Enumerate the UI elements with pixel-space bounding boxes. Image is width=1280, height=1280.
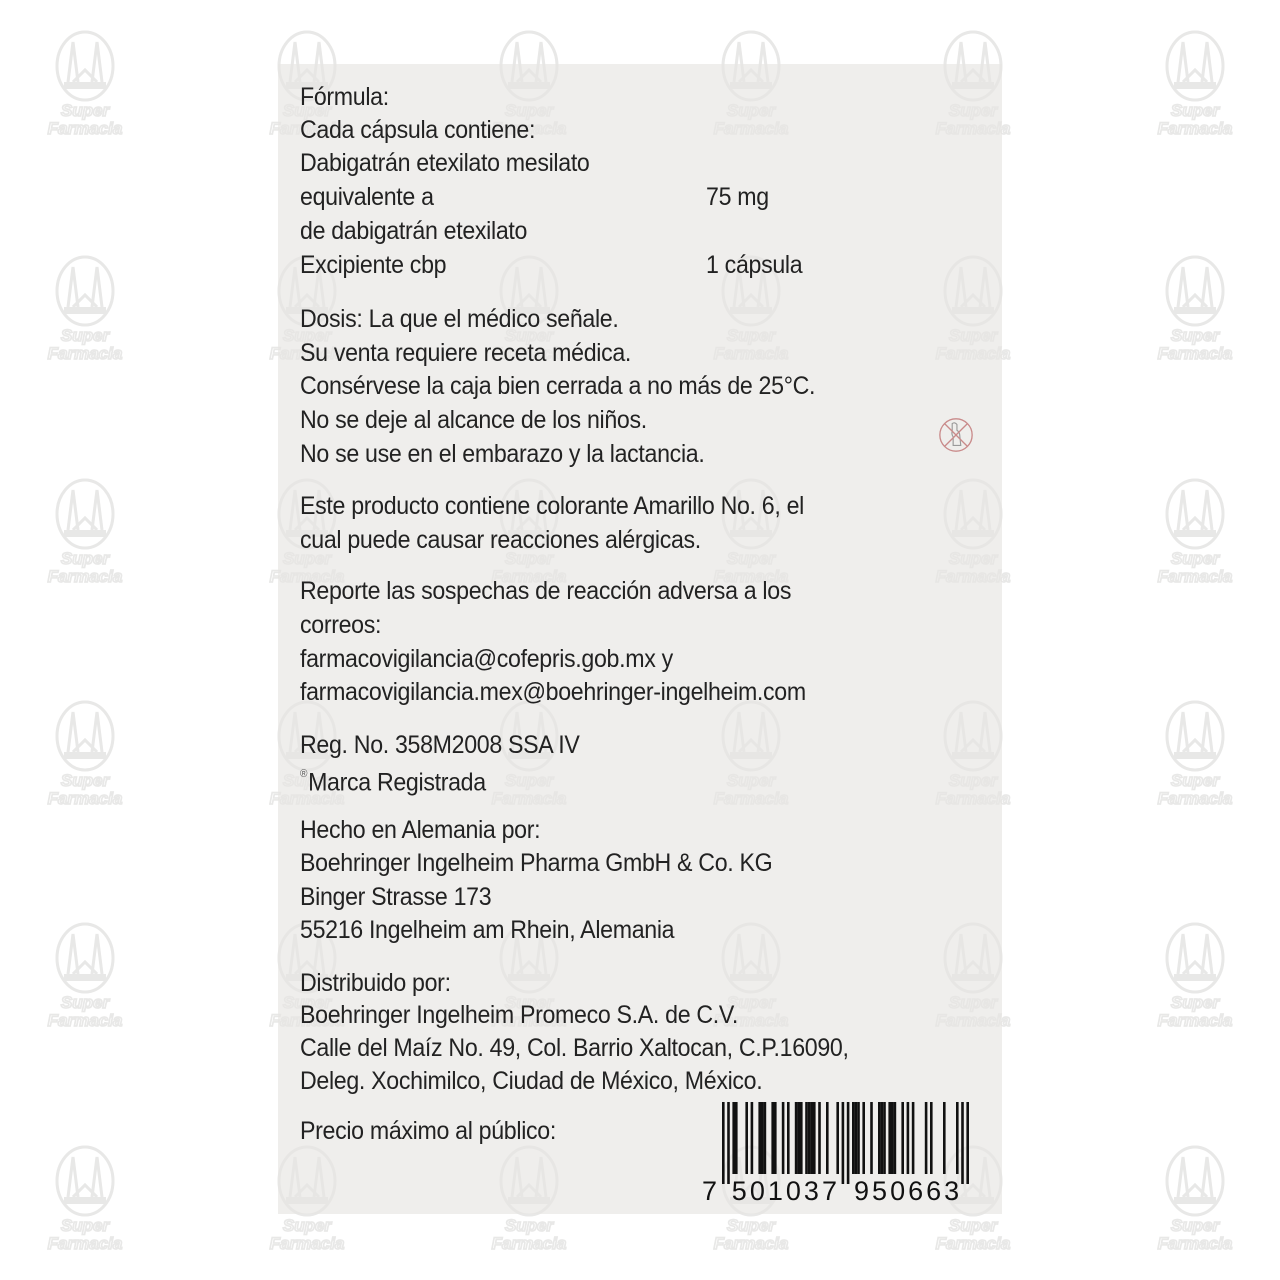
svg-text:Farmacia: Farmacia xyxy=(936,1011,1011,1030)
svg-text:Super: Super xyxy=(61,326,111,345)
adverse-reaction-line: correos: xyxy=(300,608,381,642)
instruction-line: Su venta requiere receta médica. xyxy=(300,336,631,370)
svg-text:Farmacia: Farmacia xyxy=(48,1011,123,1030)
manufacturer-heading: Hecho en Alemania por: xyxy=(300,813,540,847)
svg-text:Farmacia: Farmacia xyxy=(492,1234,567,1253)
svg-text:950663: 950663 xyxy=(854,1176,959,1204)
svg-text:Farmacia: Farmacia xyxy=(936,567,1011,586)
svg-text:Super: Super xyxy=(949,1216,999,1235)
svg-text:Super: Super xyxy=(1171,326,1221,345)
watermark-logo-icon: SuperFarmacia xyxy=(1150,1145,1240,1255)
svg-text:Farmacia: Farmacia xyxy=(936,1234,1011,1253)
svg-text:Farmacia: Farmacia xyxy=(714,1234,789,1253)
trademark-line: ®Marca Registrada xyxy=(300,761,486,799)
svg-text:Super: Super xyxy=(61,326,111,345)
svg-text:Farmacia: Farmacia xyxy=(48,1011,123,1030)
svg-text:Super: Super xyxy=(1171,101,1221,120)
svg-text:Super: Super xyxy=(1171,771,1221,790)
svg-text:Farmacia: Farmacia xyxy=(1158,344,1233,363)
watermark-logo-icon: SuperFarmacia xyxy=(1150,1145,1240,1255)
instruction-line: Dosis: La que el médico señale. xyxy=(300,302,618,336)
watermark-logo-icon: SuperFarmacia xyxy=(40,700,130,810)
svg-text:Super: Super xyxy=(727,1216,777,1235)
distributor-heading: Distribuido por: xyxy=(300,966,451,1000)
watermark-logo-icon: SuperFarmacia xyxy=(40,1145,130,1255)
watermark-logo-icon: SuperFarmacia xyxy=(40,255,130,365)
svg-text:Farmacia: Farmacia xyxy=(48,789,123,808)
manufacturer-line: Binger Strasse 173 xyxy=(300,880,491,914)
email-boehringer: farmacovigilancia.mex@boehringer-ingelhe… xyxy=(300,675,806,709)
allergen-warning-line: Este producto contiene colorante Amarill… xyxy=(300,489,804,523)
watermark-logo-icon: SuperFarmacia xyxy=(40,30,130,140)
svg-text:Super: Super xyxy=(1171,101,1221,120)
svg-text:Super: Super xyxy=(949,549,999,568)
svg-text:Super: Super xyxy=(505,1216,555,1235)
svg-text:Farmacia: Farmacia xyxy=(1158,789,1233,808)
watermark-logo-icon: SuperFarmacia xyxy=(40,478,130,588)
svg-text:Farmacia: Farmacia xyxy=(1158,789,1233,808)
svg-text:Super: Super xyxy=(949,993,999,1012)
svg-text:Farmacia: Farmacia xyxy=(270,1234,345,1253)
watermark-logo-icon: SuperFarmacia xyxy=(928,255,1018,365)
svg-text:501037: 501037 xyxy=(732,1176,837,1204)
svg-text:Super: Super xyxy=(949,326,999,345)
svg-text:7: 7 xyxy=(702,1176,717,1204)
adverse-reaction-line: Reporte las sospechas de reacción advers… xyxy=(300,574,791,608)
svg-text:Super: Super xyxy=(1171,771,1221,790)
formula-line: de dabigatrán etexilato xyxy=(300,214,527,248)
watermark-logo-icon: SuperFarmacia xyxy=(40,922,130,1032)
watermark-logo-icon: SuperFarmacia xyxy=(706,30,796,140)
registration-number: Reg. No. 358M2008 SSA IV xyxy=(300,728,580,762)
svg-text:Super: Super xyxy=(61,549,111,568)
svg-text:Super: Super xyxy=(505,771,555,790)
watermark-logo-icon: SuperFarmacia xyxy=(40,478,130,588)
distributor-line: Calle del Maíz No. 49, Col. Barrio Xalto… xyxy=(300,1031,849,1065)
svg-text:Farmacia: Farmacia xyxy=(714,344,789,363)
svg-text:Farmacia: Farmacia xyxy=(1158,567,1233,586)
no-pregnancy-icon xyxy=(937,416,975,454)
svg-text:Super: Super xyxy=(61,771,111,790)
watermark-logo-icon: SuperFarmacia xyxy=(262,1145,352,1255)
svg-text:Super: Super xyxy=(61,771,111,790)
svg-text:Farmacia: Farmacia xyxy=(48,1234,123,1253)
svg-text:Farmacia: Farmacia xyxy=(936,1234,1011,1253)
watermark-logo-icon: SuperFarmacia xyxy=(928,700,1018,810)
formula-intro: Cada cápsula contiene: xyxy=(300,113,535,147)
package-back-panel: SuperFarmaciaSuperFarmaciaSuperFarmaciaS… xyxy=(278,64,1002,1214)
watermark-logo-icon: SuperFarmacia xyxy=(40,30,130,140)
ean13-barcode: 7501037950663 xyxy=(696,1100,978,1204)
watermark-logo-icon: SuperFarmacia xyxy=(1150,30,1240,140)
svg-text:Farmacia: Farmacia xyxy=(48,567,123,586)
watermark-logo-icon: SuperFarmacia xyxy=(1150,478,1240,588)
price-label: Precio máximo al público: xyxy=(300,1114,556,1148)
svg-text:Farmacia: Farmacia xyxy=(936,789,1011,808)
manufacturer-line: Boehringer Ingelheim Pharma GmbH & Co. K… xyxy=(300,846,772,880)
svg-text:Super: Super xyxy=(1171,1216,1221,1235)
svg-text:Super: Super xyxy=(61,993,111,1012)
svg-text:Farmacia: Farmacia xyxy=(1158,344,1233,363)
watermark-logo-icon: SuperFarmacia xyxy=(928,478,1018,588)
allergen-warning-line: cual puede causar reacciones alérgicas. xyxy=(300,523,701,557)
manufacturer-line: 55216 Ingelheim am Rhein, Alemania xyxy=(300,913,674,947)
svg-text:Super: Super xyxy=(61,993,111,1012)
watermark-logo-icon: SuperFarmacia xyxy=(928,922,1018,1032)
trademark-text: Marca Registrada xyxy=(308,768,486,796)
svg-text:Super: Super xyxy=(283,1216,333,1235)
distributor-line: Boehringer Ingelheim Promeco S.A. de C.V… xyxy=(300,998,738,1032)
svg-text:Super: Super xyxy=(727,101,777,120)
svg-text:Super: Super xyxy=(727,326,777,345)
watermark-logo-icon: SuperFarmacia xyxy=(928,30,1018,140)
watermark-logo-icon: SuperFarmacia xyxy=(1150,700,1240,810)
svg-text:Farmacia: Farmacia xyxy=(492,789,567,808)
svg-text:Super: Super xyxy=(61,101,111,120)
svg-text:Super: Super xyxy=(727,549,777,568)
svg-text:Farmacia: Farmacia xyxy=(48,789,123,808)
instruction-line: Consérvese la caja bien cerrada a no más… xyxy=(300,369,815,403)
watermark-logo-icon: SuperFarmacia xyxy=(1150,255,1240,365)
watermark-logo-icon: SuperFarmacia xyxy=(706,700,796,810)
svg-text:Farmacia: Farmacia xyxy=(48,344,123,363)
svg-text:Farmacia: Farmacia xyxy=(1158,119,1233,138)
watermark-logo-icon: SuperFarmacia xyxy=(484,1145,574,1255)
svg-text:Farmacia: Farmacia xyxy=(48,119,123,138)
svg-text:Farmacia: Farmacia xyxy=(492,1234,567,1253)
svg-text:Farmacia: Farmacia xyxy=(1158,567,1233,586)
svg-text:Farmacia: Farmacia xyxy=(936,119,1011,138)
email-cofepris: farmacovigilancia@cofepris.gob.mx y xyxy=(300,642,673,676)
instruction-line: No se deje al alcance de los niños. xyxy=(300,403,647,437)
svg-text:Farmacia: Farmacia xyxy=(1158,1234,1233,1253)
formula-line: Dabigatrán etexilato mesilato xyxy=(300,146,589,180)
watermark-logo-icon: SuperFarmacia xyxy=(1150,700,1240,810)
svg-text:Super: Super xyxy=(1171,549,1221,568)
registered-mark-icon: ® xyxy=(300,768,307,780)
svg-text:Farmacia: Farmacia xyxy=(48,567,123,586)
svg-text:Super: Super xyxy=(1171,549,1221,568)
svg-text:Super: Super xyxy=(949,1216,999,1235)
watermark-logo-icon: SuperFarmacia xyxy=(40,1145,130,1255)
svg-text:Super: Super xyxy=(61,549,111,568)
watermark-logo-icon: SuperFarmacia xyxy=(1150,30,1240,140)
svg-text:Farmacia: Farmacia xyxy=(714,119,789,138)
product-image: SuperFarmaciaSuperFarmaciaSuperFarmaciaS… xyxy=(0,0,1280,1280)
svg-text:Super: Super xyxy=(1171,993,1221,1012)
svg-text:Super: Super xyxy=(283,1216,333,1235)
formula-line: Excipiente cbp xyxy=(300,248,446,282)
svg-text:Farmacia: Farmacia xyxy=(936,344,1011,363)
svg-text:Farmacia: Farmacia xyxy=(1158,1234,1233,1253)
svg-text:Farmacia: Farmacia xyxy=(1158,1011,1233,1030)
svg-text:Super: Super xyxy=(949,771,999,790)
svg-text:Farmacia: Farmacia xyxy=(48,344,123,363)
watermark-logo-icon: SuperFarmacia xyxy=(40,255,130,365)
watermark-logo-icon: SuperFarmacia xyxy=(40,700,130,810)
formula-value: 1 cápsula xyxy=(706,248,802,282)
svg-text:Super: Super xyxy=(61,101,111,120)
svg-text:Super: Super xyxy=(505,1216,555,1235)
svg-text:Super: Super xyxy=(1171,326,1221,345)
svg-text:Super: Super xyxy=(1171,993,1221,1012)
svg-text:Super: Super xyxy=(61,1216,111,1235)
svg-text:Farmacia: Farmacia xyxy=(714,1234,789,1253)
formula-line: equivalente a xyxy=(300,180,434,214)
watermark-logo-icon: SuperFarmacia xyxy=(1150,255,1240,365)
svg-text:Farmacia: Farmacia xyxy=(270,1234,345,1253)
svg-text:Super: Super xyxy=(949,101,999,120)
svg-text:Super: Super xyxy=(61,1216,111,1235)
formula-value: 75 mg xyxy=(706,180,769,214)
watermark-logo-icon: SuperFarmacia xyxy=(1150,922,1240,1032)
svg-text:Super: Super xyxy=(727,771,777,790)
svg-text:Farmacia: Farmacia xyxy=(48,1234,123,1253)
watermark-logo-icon: SuperFarmacia xyxy=(1150,922,1240,1032)
svg-text:Farmacia: Farmacia xyxy=(1158,119,1233,138)
watermark-logo-icon: SuperFarmacia xyxy=(40,922,130,1032)
distributor-line: Deleg. Xochimilco, Ciudad de México, Méx… xyxy=(300,1064,762,1098)
watermark-logo-icon: SuperFarmacia xyxy=(1150,478,1240,588)
svg-text:Super: Super xyxy=(727,1216,777,1235)
svg-text:Farmacia: Farmacia xyxy=(48,119,123,138)
instruction-line: No se use en el embarazo y la lactancia. xyxy=(300,437,704,471)
svg-text:Super: Super xyxy=(1171,1216,1221,1235)
svg-text:Farmacia: Farmacia xyxy=(1158,1011,1233,1030)
svg-text:Farmacia: Farmacia xyxy=(714,789,789,808)
formula-heading: Fórmula: xyxy=(300,80,389,114)
